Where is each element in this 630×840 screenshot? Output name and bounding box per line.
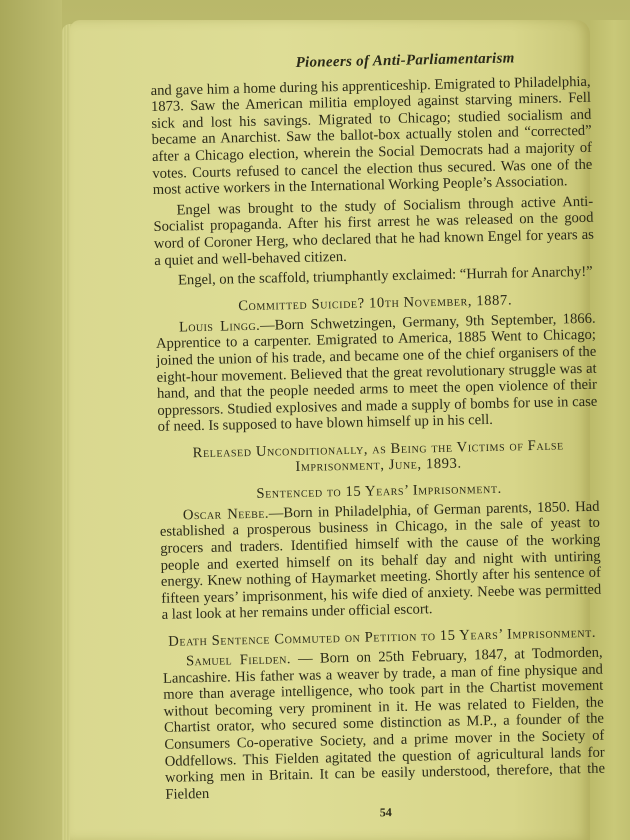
lingg-paragraph: Louis Lingg.—Born Schwetzingen, Germany,…: [155, 310, 597, 435]
fielden-paragraph: Samuel Fielden. — Born on 25th February,…: [162, 645, 605, 804]
engel-paragraph-3: Engel, on the scaffold, triumphantly exc…: [155, 264, 595, 290]
engel-paragraph-2: Engel was brought to the study of Social…: [153, 194, 594, 270]
released-heading: Released Unconditionally, as Being the V…: [158, 437, 599, 478]
background-left: [0, 0, 62, 840]
fielden-text: — Born on 25th February, 1847, at Todmor…: [163, 645, 605, 803]
lingg-name: Louis Lingg.: [179, 317, 260, 335]
engel-paragraph-1: and gave him a home during his apprentic…: [151, 73, 593, 198]
neebe-name: Oscar Neebe.: [183, 505, 269, 523]
fielden-name: Samuel Fielden.: [186, 651, 291, 669]
neebe-paragraph: Oscar Neebe.—Born in Philadelphia, of Ge…: [159, 499, 601, 624]
page-content: Pioneers of Anti-Parliamentarism and gav…: [150, 49, 606, 826]
